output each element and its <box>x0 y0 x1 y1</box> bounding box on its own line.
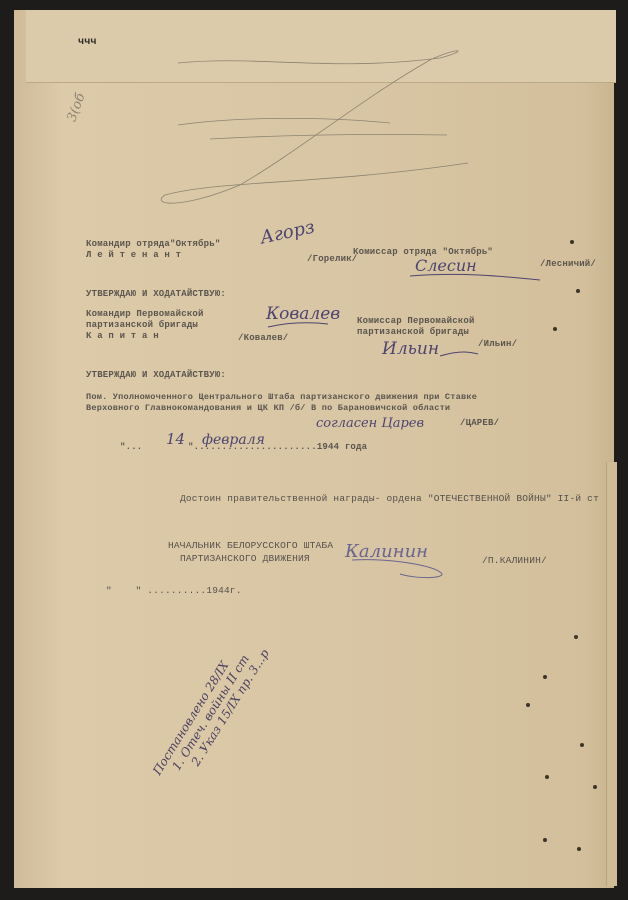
brigade-commander-line1: Командир Первомайской <box>86 309 204 319</box>
date-day: 14 <box>166 430 185 448</box>
binding-hole <box>570 240 574 244</box>
upolnomochenny-line1: Пом. Уполномоченного Центрального Штаба … <box>86 392 477 402</box>
date-month: февраля <box>202 432 265 448</box>
approval-heading-2: УТВЕРЖДАЮ И ХОДАТАЙСТВУЮ: <box>86 370 226 380</box>
bshpd-chief-title-line2: ПАРТИЗАНСКОГО ДВИЖЕНИЯ <box>180 553 310 564</box>
date-prefix: "... <box>120 442 142 452</box>
binding-hole <box>526 703 530 707</box>
otryad-commissar-signature: Слесин <box>415 256 477 275</box>
binding-hole <box>545 775 549 779</box>
brigade-commissar-name: /Ильин/ <box>478 339 517 349</box>
binding-hole <box>577 847 581 851</box>
binding-hole <box>593 785 597 789</box>
binding-hole <box>580 743 584 747</box>
award-recommendation: Достоин правительственной награды- орден… <box>180 493 599 504</box>
brigade-commissar-line2: партизанской бригады <box>357 327 469 337</box>
brigade-commander-signature: Ковалев <box>266 304 340 324</box>
otryad-commander-name: /Горелик/ <box>307 254 357 264</box>
otryad-commander-title: Командир отряда"Октябрь" <box>86 239 220 249</box>
brigade-commissar-signature: Ильин <box>382 339 439 359</box>
binding-hole <box>553 327 557 331</box>
binding-hole <box>543 838 547 842</box>
binding-hole <box>543 675 547 679</box>
upolnomochenny-line2: Верховного Главнокомандования и ЦК КП /б… <box>86 403 450 413</box>
brigade-commander-line2: партизанской бригады <box>86 320 198 330</box>
approval-heading-1: УТВЕРЖДАЮ И ХОДАТАЙСТВУЮ: <box>86 289 226 299</box>
binding-hole <box>576 289 580 293</box>
brigade-commander-rank: К а п и т а н <box>86 331 159 341</box>
bshpd-chief-title-line1: НАЧАЛЬНИК БЕЛОРУССКОГО ШТАБА <box>168 540 333 551</box>
kalinin-signature: Калинин <box>345 541 428 562</box>
tsarev-name: /ЦАРЕВ/ <box>460 418 499 428</box>
brigade-commander-name: /Ковалев/ <box>238 333 288 343</box>
unsigned-date-line: " " ..........1944г. <box>106 585 242 596</box>
otryad-commissar-name: /Лесничий/ <box>540 259 596 269</box>
binding-hole <box>574 635 578 639</box>
brigade-commissar-line1: Комиссар Первомайской <box>357 316 475 326</box>
handwritten-approval-note: согласен Царев <box>316 416 424 431</box>
kalinin-name: /П.КАЛИНИН/ <box>482 555 547 566</box>
otryad-commander-rank: Л е й т е н а н т <box>86 250 181 260</box>
top-mark: ччч <box>78 37 97 48</box>
